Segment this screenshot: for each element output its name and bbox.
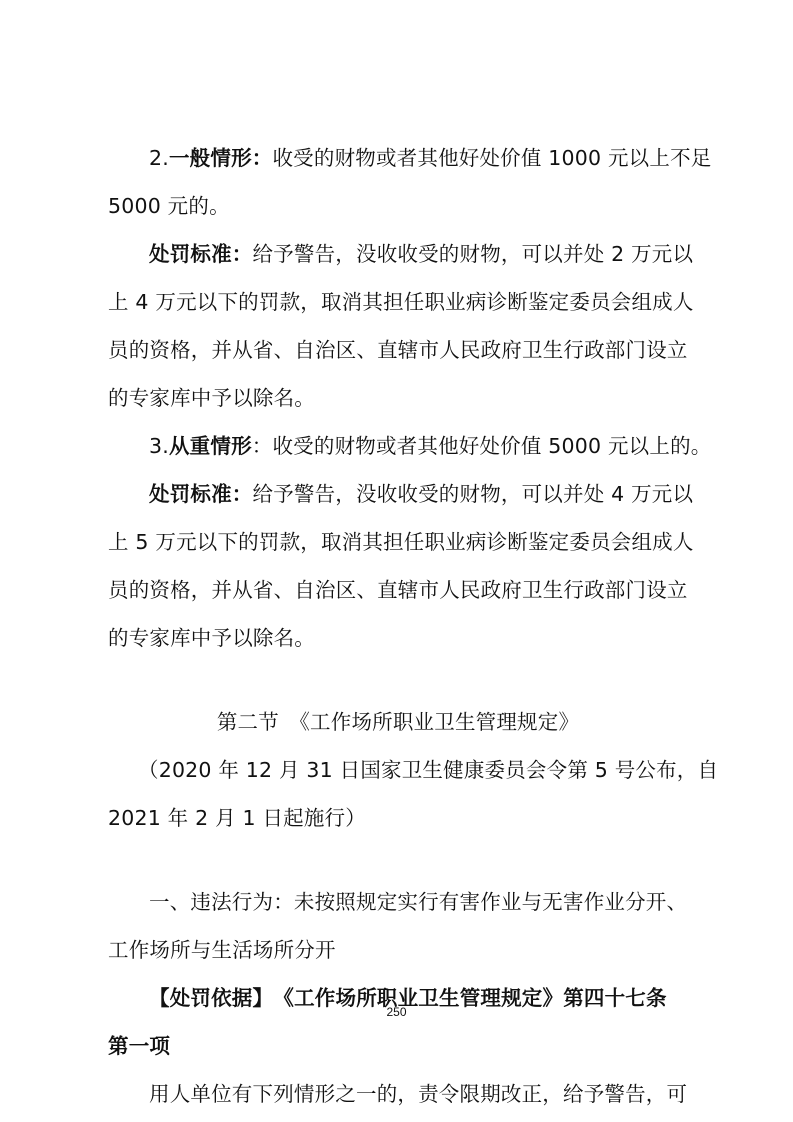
penalty-standard-text: 给予警告，没收收受的财物，可以并处 2 万元以 [253,242,694,266]
general-case-text: 收受的财物或者其他好处价值 1000 元以上不足 [272,146,711,170]
violation-line-1: 一、违法行为：未按照规定实行有害作业与无害作业分开、 [108,878,688,926]
penalty-standard-2-line-4: 的专家库中予以除名。 [108,614,688,662]
provision-text-line: 用人单位有下列情形之一的，责令限期改正，给予警告，可 [108,1070,688,1118]
penalty-standard-1-line-4: 的专家库中予以除名。 [108,374,688,422]
page-number: 250 [0,1005,793,1019]
spacer [108,662,688,698]
document-page: 2.一般情形：收受的财物或者其他好处价值 1000 元以上不足 5000 元的。… [108,134,688,1118]
general-case-label: 一般情形： [169,146,273,170]
section-heading: 第二节 《工作场所职业卫生管理规定》 [108,698,688,746]
penalty-standard-2-line-3: 员的资格，并从省、自治区、直辖市人民政府卫生行政部门设立 [108,566,688,614]
penalty-basis-line-2: 第一项 [108,1022,688,1070]
penalty-standard-label: 处罚标准： [149,482,253,506]
violation-line-2: 工作场所与生活场所分开 [108,926,688,974]
penalty-standard-1-line-1: 处罚标准：给予警告，没收收受的财物，可以并处 2 万元以 [108,230,688,278]
penalty-standard-text: 给予警告，没收收受的财物，可以并处 4 万元以 [253,482,694,506]
aggravated-case-text: ：收受的财物或者其他好处价值 5000 元以上的。 [252,434,712,458]
general-case-line-2: 5000 元的。 [108,182,688,230]
general-case-line-1: 2.一般情形：收受的财物或者其他好处价值 1000 元以上不足 [108,134,688,182]
item-number: 3. [149,434,169,458]
aggravated-case-line: 3.从重情形：收受的财物或者其他好处价值 5000 元以上的。 [108,422,688,470]
penalty-standard-1-line-3: 员的资格，并从省、自治区、直辖市人民政府卫生行政部门设立 [108,326,688,374]
penalty-standard-1-line-2: 上 4 万元以下的罚款，取消其担任职业病诊断鉴定委员会组成人 [108,278,688,326]
penalty-standard-2-line-1: 处罚标准：给予警告，没收收受的财物，可以并处 4 万元以 [108,470,688,518]
aggravated-case-label: 从重情形 [169,434,252,458]
promulgation-line-2: 2021 年 2 月 1 日起施行） [108,794,688,842]
promulgation-line-1: （2020 年 12 月 31 日国家卫生健康委员会令第 5 号公布，自 [108,746,688,794]
penalty-standard-label: 处罚标准： [149,242,253,266]
penalty-standard-2-line-2: 上 5 万元以下的罚款，取消其担任职业病诊断鉴定委员会组成人 [108,518,688,566]
item-number: 2. [149,146,169,170]
spacer [108,842,688,878]
